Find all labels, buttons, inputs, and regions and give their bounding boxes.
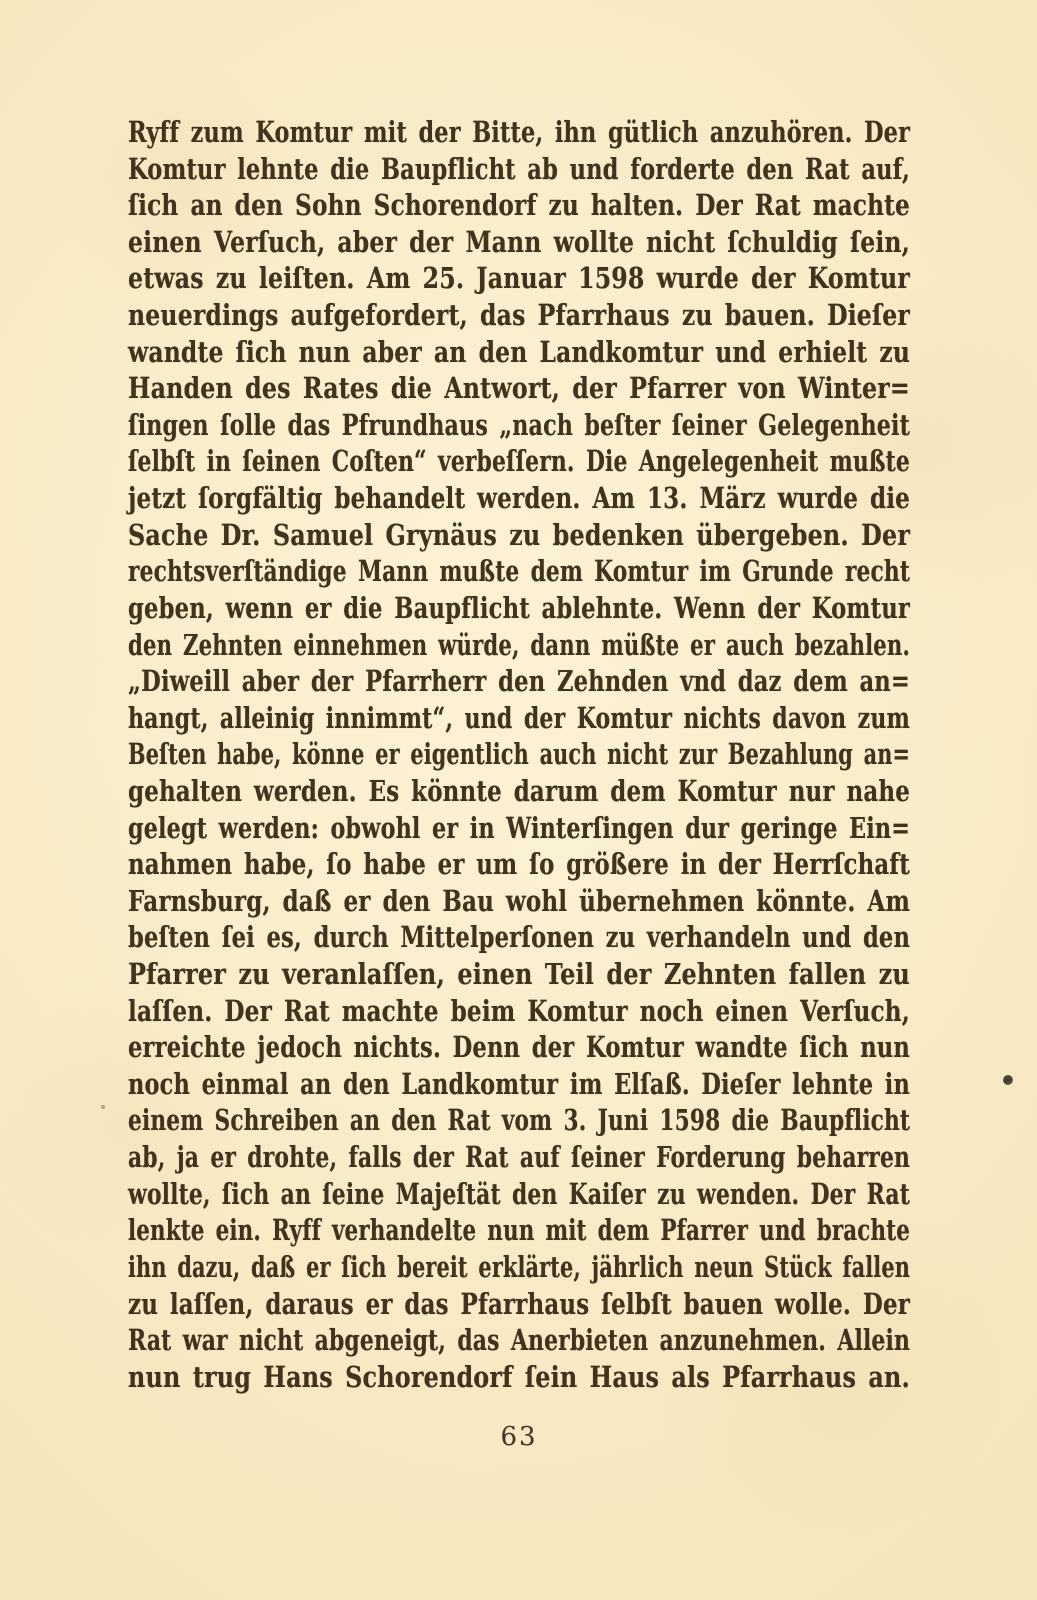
- text-line: zu laſſen, daraus er das Pfarrhaus ſelbſ…: [128, 1286, 910, 1323]
- text-line: „Diweill aber der Pfarrherr den Zehnden …: [128, 663, 910, 700]
- text-line: ihn dazu, daß er ſich bereit erklärte, j…: [128, 1249, 910, 1286]
- ink-spot: [1003, 1075, 1013, 1085]
- text-line: Pfarrer zu veranlaſſen, einen Teil der Z…: [128, 956, 910, 993]
- text-line: den Zehnten einnehmen würde, dann müßte …: [128, 627, 910, 664]
- text-line: einen Verſuch, aber der Mann wollte nich…: [128, 224, 910, 261]
- text-line: ſelbſt in ſeinen Coſten“ verbeſſern. Die…: [128, 443, 910, 480]
- text-line: ab, ja er drohte, falls der Rat auf ſein…: [128, 1139, 910, 1176]
- text-line: ſich an den Sohn Schorendorf zu halten. …: [128, 187, 910, 224]
- body-text: Ryff zum Komtur mit der Bitte, ihn gütli…: [128, 114, 910, 1395]
- text-line: nahmen habe, ſo habe er um ſo größere in…: [128, 846, 910, 883]
- text-line: neuerdings aufgefordert, das Pfarrhaus z…: [128, 297, 910, 334]
- text-line: Komtur lehnte die Baupflicht ab und ford…: [128, 151, 910, 188]
- text-line: nun trug Hans Schorendorf ſein Haus als …: [128, 1359, 910, 1396]
- text-line: wandte ſich nun aber an den Landkomtur u…: [128, 334, 910, 371]
- paper-speck: [101, 1105, 105, 1109]
- text-line: beſten ſei es, durch Mittelperſonen zu v…: [128, 919, 910, 956]
- book-page: Ryff zum Komtur mit der Bitte, ihn gütli…: [0, 0, 1037, 1600]
- text-line: erreichte jedoch nichts. Denn der Komtur…: [128, 1029, 910, 1066]
- text-line: lenkte ein. Ryff verhandelte nun mit dem…: [128, 1212, 910, 1249]
- text-line: Handen des Rates die Antwort, der Pfarre…: [128, 370, 910, 407]
- text-line: Ryff zum Komtur mit der Bitte, ihn gütli…: [128, 114, 910, 151]
- text-line: noch einmal an den Landkomtur im Elſaß. …: [128, 1066, 910, 1103]
- text-line: rechtsverſtändige Mann mußte dem Komtur …: [128, 553, 910, 590]
- text-line: gehalten werden. Es könnte darum dem Kom…: [128, 773, 910, 810]
- text-line: wollte, ſich an ſeine Majeſtät den Kaiſe…: [128, 1176, 910, 1213]
- text-line: etwas zu leiſten. Am 25. Januar 1598 wur…: [128, 260, 910, 297]
- text-line: laſſen. Der Rat machte beim Komtur noch …: [128, 993, 910, 1030]
- text-line: ſingen ſolle das Pfrundhaus „nach beſter…: [128, 407, 910, 444]
- text-line: geben, wenn er die Baupflicht ablehnte. …: [128, 590, 910, 627]
- text-line: jetzt ſorgfältig behandelt werden. Am 13…: [128, 480, 910, 517]
- text-line: Rat war nicht abgeneigt, das Anerbieten …: [128, 1322, 910, 1359]
- text-line: Beſten habe, könne er eigentlich auch ni…: [128, 736, 910, 773]
- page-number: 63: [128, 1422, 910, 1452]
- text-line: Sache Dr. Samuel Grynäus zu bedenken übe…: [128, 517, 910, 554]
- text-line: Farnsburg, daß er den Bau wohl übernehme…: [128, 883, 910, 920]
- text-line: hangt, alleinig innimmt“, und der Komtur…: [128, 700, 910, 737]
- text-line: gelegt werden: obwohl er in Winterſingen…: [128, 810, 910, 847]
- text-line: einem Schreiben an den Rat vom 3. Juni 1…: [128, 1102, 910, 1139]
